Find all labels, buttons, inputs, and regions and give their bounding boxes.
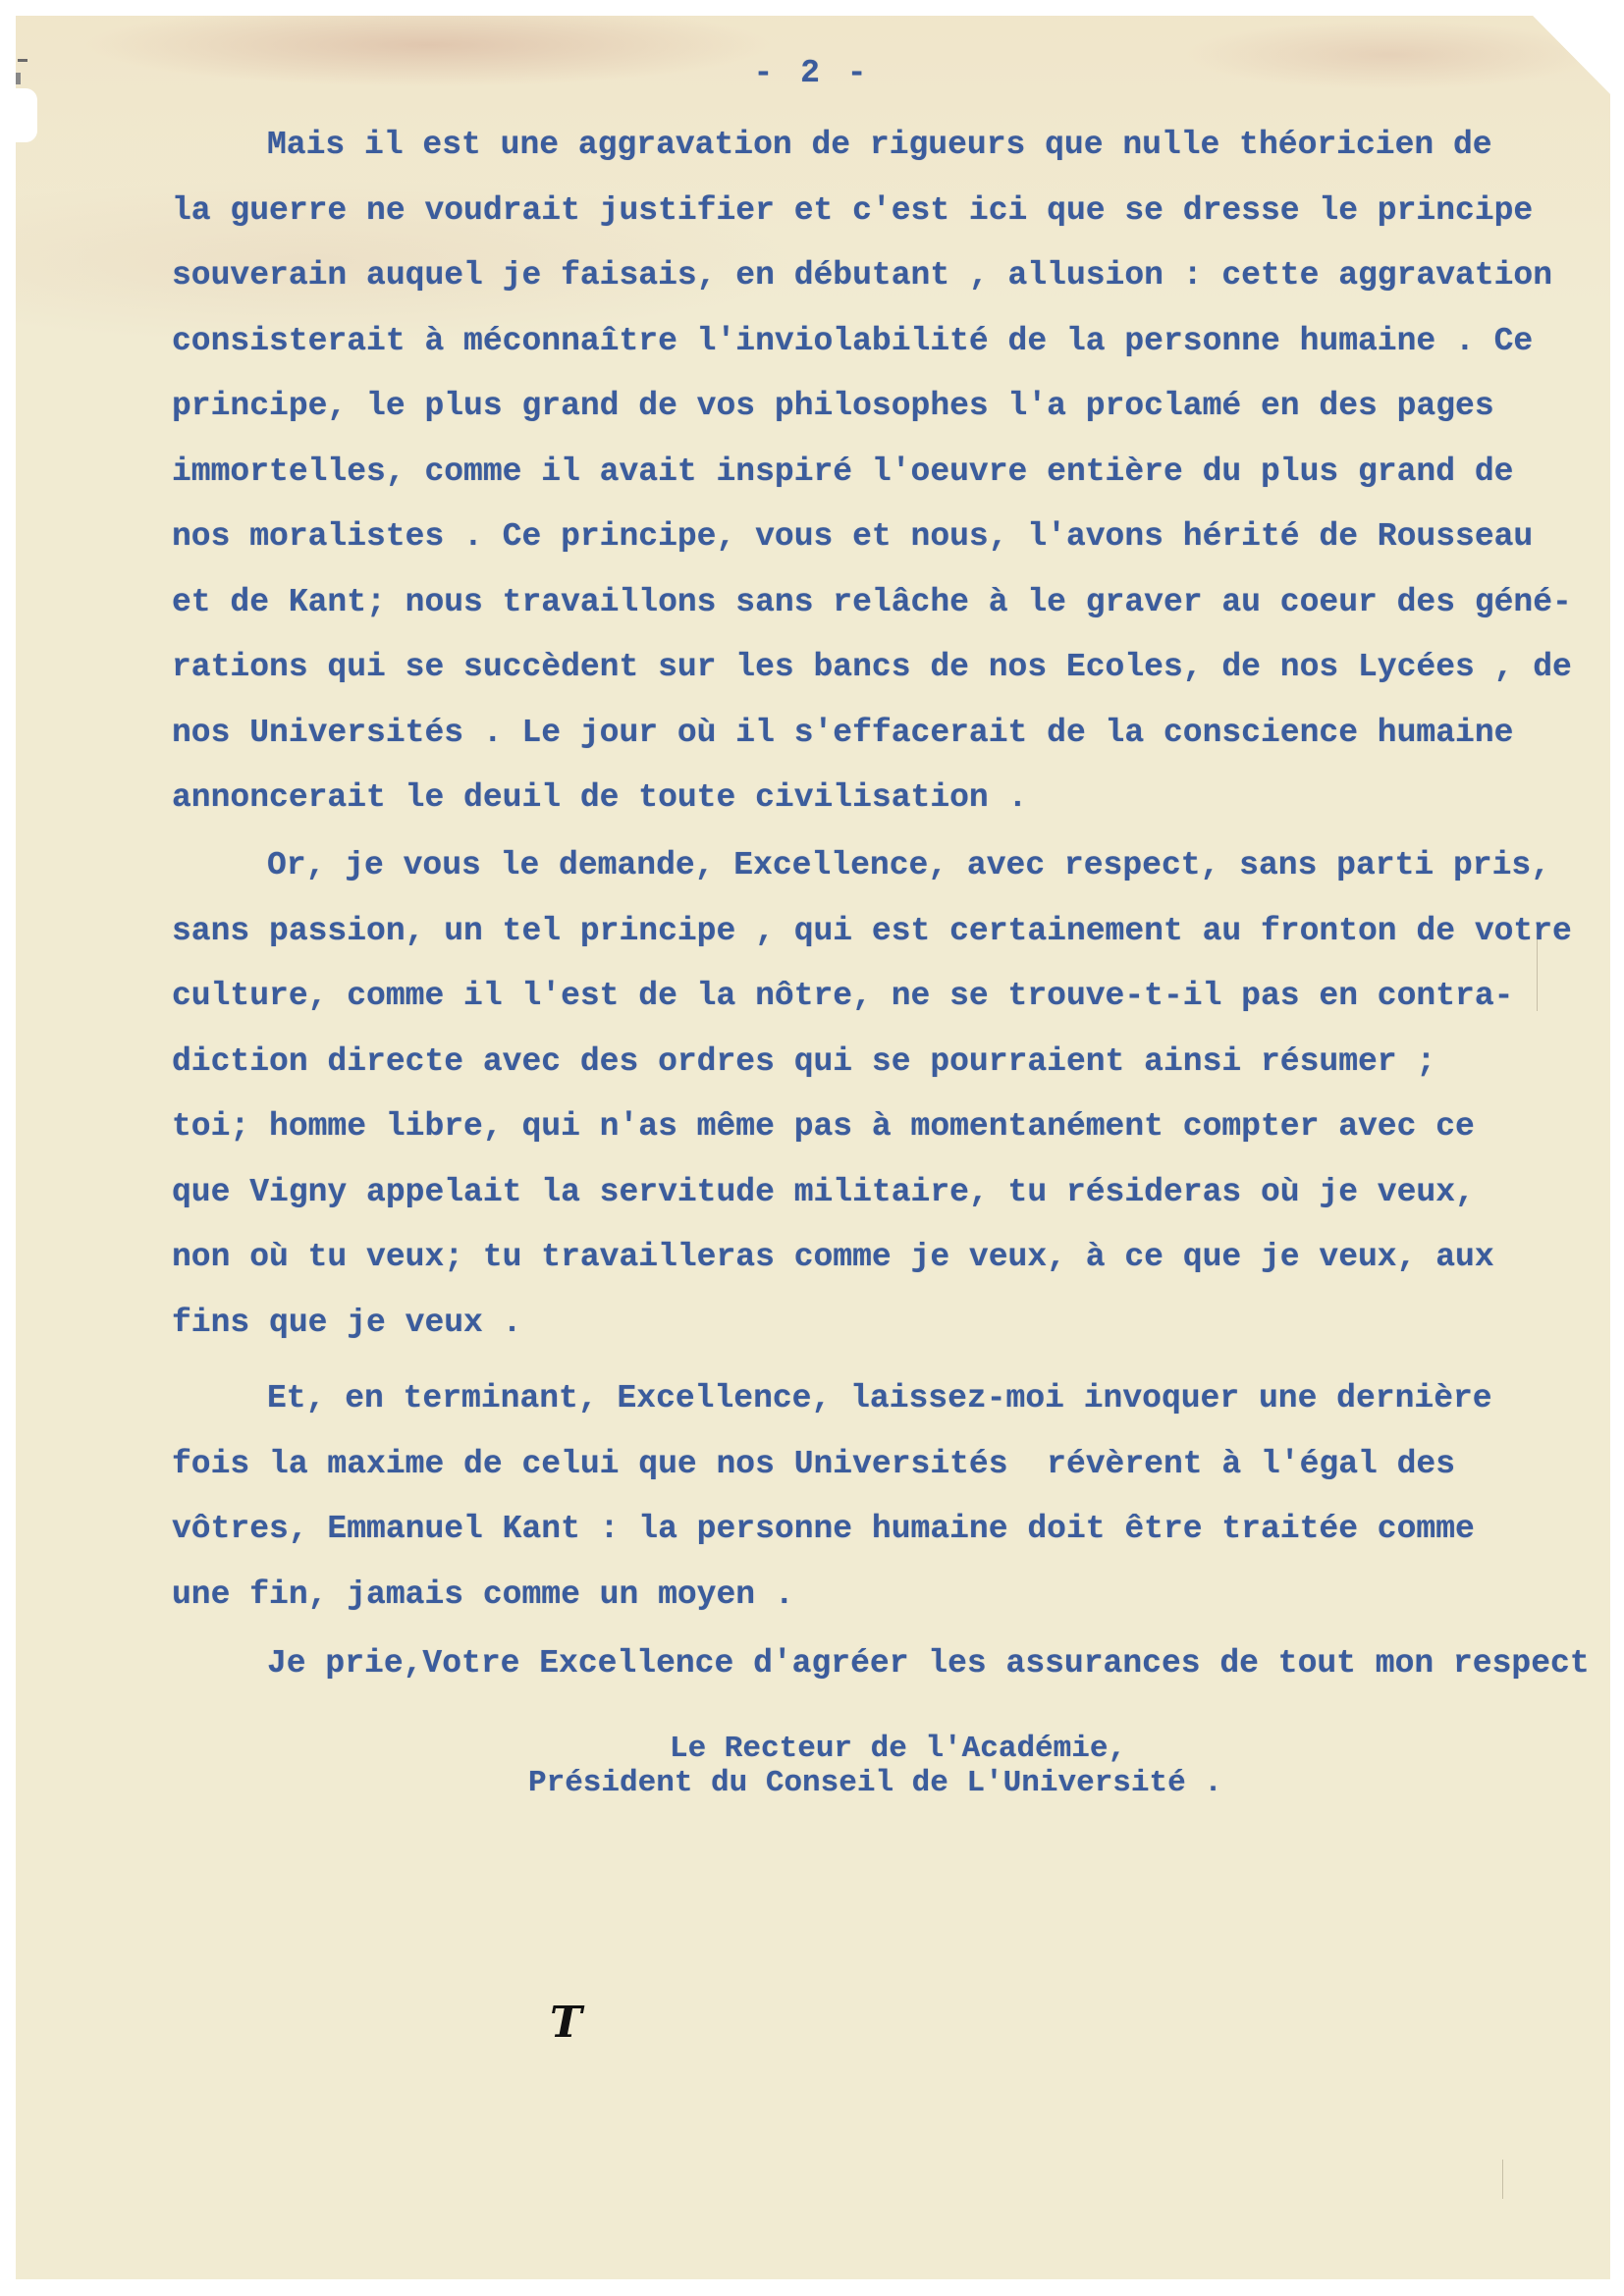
text-line: non où tu veux; tu travailleras comme je… [172,1238,1494,1277]
text-line: Je prie,Votre Excellence d'agréer les as… [267,1644,1590,1683]
text-line: que Vigny appelait la servitude militair… [172,1173,1475,1212]
page-number: - 2 - [0,55,1624,91]
signature-title-line2: Président du Conseil de L'Université . [528,1767,1222,1800]
text-line: Mais il est une aggravation de rigueurs … [267,126,1492,165]
text-line: diction directe avec des ordres qui se p… [172,1042,1435,1082]
text-line: sans passion, un tel principe , qui est … [172,912,1572,951]
text-line: rations qui se succèdent sur les bancs d… [172,648,1572,687]
text-line: fois la maxime de celui que nos Universi… [172,1445,1455,1484]
paper-crease [1502,2160,1503,2199]
text-line: souverain auquel je faisais, en débutant… [172,256,1552,295]
text-line: Or, je vous le demande, Excellence, avec… [267,846,1550,885]
text-line: Et, en terminant, Excellence, laissez-mo… [267,1379,1492,1418]
text-line: et de Kant; nous travaillons sans relâch… [172,583,1572,622]
text-line: immortelles, comme il avait inspiré l'oe… [172,453,1513,492]
text-line: culture, comme il l'est de la nôtre, ne … [172,977,1513,1016]
text-line: fins que je veux . [172,1304,521,1343]
text-line: vôtres, Emmanuel Kant : la personne huma… [172,1510,1475,1549]
text-line: une fin, jamais comme un moyen . [172,1575,794,1615]
text-line: nos moralistes . Ce principe, vous et no… [172,517,1533,557]
text-line: nos Universités . Le jour où il s'efface… [172,714,1513,753]
text-line: la guerre ne voudrait justifier et c'est… [172,191,1533,231]
text-line: consisterait à méconnaître l'inviolabili… [172,322,1533,361]
signature-title-line1: Le Recteur de l'Académie, [670,1733,1126,1766]
text-line: principe, le plus grand de vos philosoph… [172,387,1494,426]
handwritten-mark: T [550,1998,582,2048]
text-line: annoncerait le deuil de toute civilisati… [172,778,1027,818]
text-line: toi; homme libre, qui n'as même pas à mo… [172,1107,1475,1147]
